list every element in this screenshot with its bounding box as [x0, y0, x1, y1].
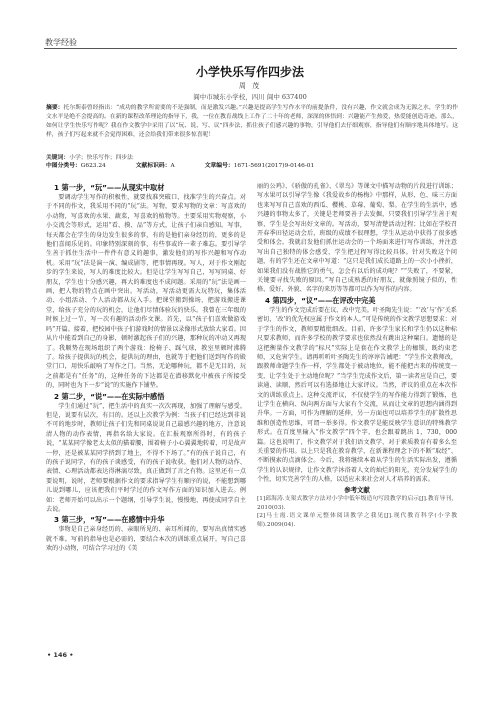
article-title: 小学快乐写作四步法: [0, 63, 500, 80]
section-4-paragraph: 学生的作文完成后要在议、改中完美。叶圣陶先生说：“‘改’与‘作’关系密切，‘改’…: [257, 306, 457, 485]
section-1-paragraph: 要调动学生写作的积极性，就要找准突破口，找准学生的兴奋点。对于不同的作文，我采用…: [46, 193, 246, 391]
section-3-heading: 3 第三步，“写”——在感情中升华: [46, 514, 246, 525]
references-title: 参考文献: [257, 486, 457, 495]
header-rule: [44, 48, 457, 49]
classification-row: 中图分类号：G623.24 文献标识码：A 文章编号：1671-5691(201…: [46, 160, 458, 169]
section-4-heading: 4 第四步，“议”——在评改中完美: [257, 295, 457, 306]
clc-label: 中图分类号：: [46, 163, 81, 169]
section-3-paragraph-cont: 丽的公鸡》、《骄傲的孔雀》、《翠鸟》等课文中描写动物的片段进行训练；写水果可以引…: [257, 182, 457, 295]
affiliation: 阆中市城东小学校，四川 阆中 637400: [0, 92, 500, 101]
page-number: • 146 •: [47, 651, 73, 659]
reference-item: [1]邱海涛.支架式教学方法对小学中低年级造句写段教学的启示[J].教育导刊，2…: [257, 495, 457, 512]
section-1-heading: 1 第一步，“玩”——从现实中取材: [46, 182, 246, 193]
clc-number: 中图分类号：G623.24: [46, 160, 106, 169]
author: 周 茂: [0, 81, 500, 91]
body-column-right: 丽的公鸡》、《骄傲的孔雀》、《翠鸟》等课文中描写动物的片段进行训练；写水果可以引…: [257, 182, 457, 529]
article-number: 文章编号：1671-5691(2017)9-0146-01: [205, 160, 314, 169]
abstract-label: 摘要：: [46, 105, 64, 111]
reference-item: [2]马士霞.语文课单元整体阅读教学之我见[J].现代教育科学(小学教师).20…: [257, 512, 457, 529]
running-head: 教学经验: [45, 37, 77, 48]
section-2-paragraph: 学生们通过“玩”，把生活中的真实一次次再现，加强了理解与感受。但是，说要有层次，…: [46, 402, 246, 515]
section-2-heading: 2 第二步，“说”——在实际中感悟: [46, 391, 246, 402]
doc-code-label: 文献标识码：: [136, 163, 171, 169]
body-column-left: 1 第一步，“玩”——从现实中取材 要调动学生写作的积极性，就要找准突破口，找准…: [46, 182, 246, 554]
section-3-paragraph-start: 事物是自己亲身经历的、亲眼所见的、亲耳所闻的，要写出真情实感就不难。写前的指导也…: [46, 525, 246, 553]
abstract-text: 托尔斯泰曾经指出：“成功的教学所需要的不是强制，而是激发兴趣。”兴趣是提高学生写…: [46, 105, 458, 138]
doc-code-value: A: [171, 163, 175, 169]
article-no-value: 1671-5691(2017)9-0146-01: [234, 163, 314, 169]
clc-value: G623.24: [81, 163, 106, 169]
abstract: 摘要：托尔斯泰曾经指出：“成功的教学所需要的不是强制，而是激发兴趣。”兴趣是提高…: [46, 104, 458, 140]
document-code: 文献标识码：A: [136, 160, 175, 169]
article-no-label: 文章编号：: [205, 163, 234, 169]
